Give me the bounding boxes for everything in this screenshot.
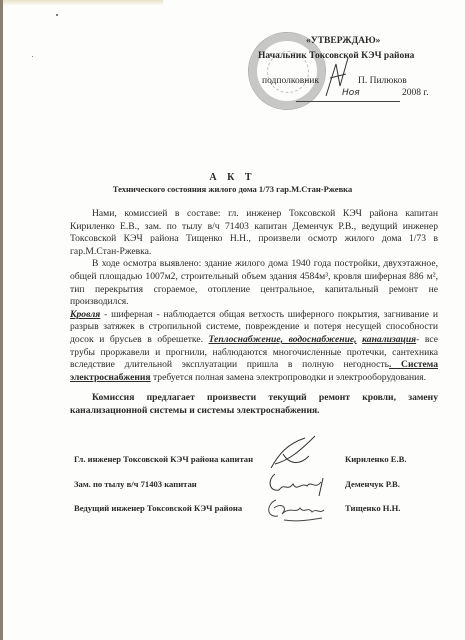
scan-edge-top: [3, 0, 163, 6]
roof-label: Кровля: [70, 309, 100, 320]
paragraph-proposal: Комиссия предлагает произвести текущий р…: [70, 392, 438, 417]
paragraph-commission: Нами, комиссией в составе: гл. инженер Т…: [70, 208, 438, 258]
document-title: А К Т: [0, 172, 465, 183]
signatory-position: Ведущий инженер Токсовской КЭЧ района: [74, 503, 242, 513]
signature-tishchenko: [262, 494, 332, 524]
approver-name: П. Пилюков: [358, 76, 407, 86]
document-subtitle: Технического состояния жилого дома 1/73 …: [0, 184, 465, 194]
sewer-label: канализация: [362, 334, 416, 345]
approver-rank: подполковник: [262, 76, 319, 86]
signatory-name: Кириленко Е.В.: [345, 454, 407, 464]
signatory-name: Тищенко Н.Н.: [345, 503, 400, 513]
approver-signature: [322, 56, 352, 98]
scan-speck: [32, 56, 33, 57]
heating-label: Теплоснабжение, водоснабжение,: [209, 334, 357, 345]
document-body: Нами, комиссией в составе: гл. инженер Т…: [70, 208, 438, 418]
electric-text: требуется полная замена электропроводки …: [151, 372, 426, 383]
approve-label: «УТВЕРЖДАЮ»: [306, 36, 380, 46]
paragraph-findings: Кровля - шиферная - наблюдается общая ве…: [70, 309, 438, 385]
approval-year: 2008 г.: [402, 88, 429, 98]
signatory-name: Деменчук Р.В.: [345, 479, 400, 489]
signatory-position: Зам. по тылу в/ч 71403 капитан: [74, 479, 197, 489]
paragraph-inspection: В ходе осмотра выявлено: здание жилого д…: [70, 258, 438, 308]
signatory-position: Гл. инженер Токсовской КЭЧ района капита…: [74, 454, 253, 464]
scan-speck: [56, 14, 58, 16]
scan-edge: [0, 0, 3, 640]
date-line: [296, 101, 400, 102]
scanned-document-page: «УТВЕРЖДАЮ» Начальник Токсовской КЭЧ рай…: [0, 0, 465, 640]
